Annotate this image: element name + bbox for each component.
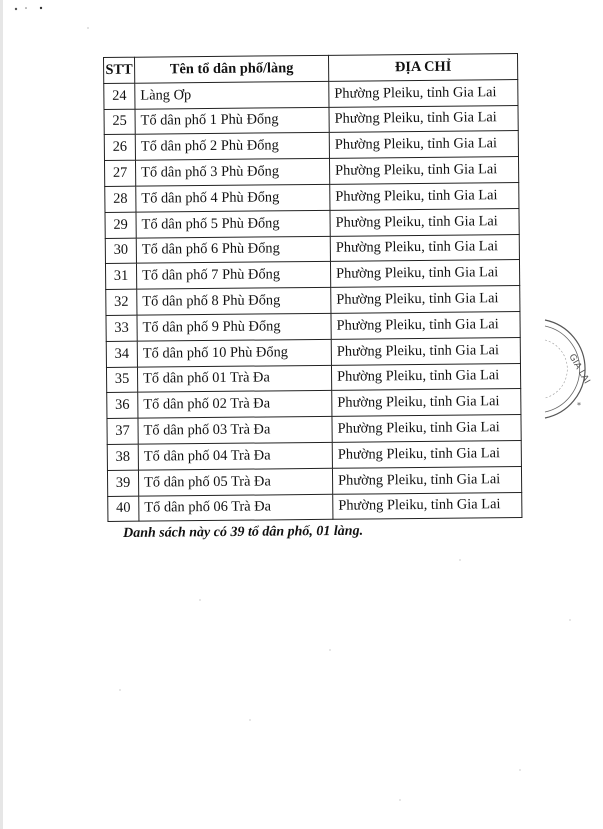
- cell-stt: 27: [104, 160, 135, 186]
- cell-address: Phường Pleiku, tỉnh Gia Lai: [333, 492, 522, 520]
- table-row: 33Tổ dân phố 9 Phù ĐổngPhường Pleiku, tỉ…: [106, 311, 520, 341]
- summary-note: Danh sách này có 39 tổ dân phố, 01 làng.: [123, 524, 363, 542]
- cell-name: Tổ dân phố 1 Phù Đổng: [135, 107, 329, 135]
- cell-address: Phường Pleiku, tỉnh Gia Lai: [329, 105, 518, 133]
- cell-stt: 30: [105, 238, 136, 264]
- table-header-row: STT Tên tổ dân phố/làng ĐỊA CHỈ: [104, 54, 518, 84]
- cell-stt: 32: [106, 289, 137, 315]
- cell-address: Phường Pleiku, tỉnh Gia Lai: [329, 79, 518, 107]
- document-table-container: STT Tên tổ dân phố/làng ĐỊA CHỈ 24Làng Ơ…: [103, 53, 522, 522]
- cell-address: Phường Pleiku, tỉnh Gia Lai: [330, 182, 519, 210]
- cell-name: Làng Ơp: [135, 81, 329, 109]
- cell-stt: 34: [106, 341, 137, 367]
- cell-name: Tổ dân phố 06 Trà Đa: [139, 494, 333, 522]
- cell-name: Tổ dân phố 10 Phù Đổng: [137, 339, 331, 367]
- table-row: 28Tổ dân phố 4 Phù ĐổngPhường Pleiku, tỉ…: [105, 182, 519, 212]
- cell-stt: 33: [106, 315, 137, 341]
- table-row: 38Tổ dân phố 04 Trà ĐaPhường Pleiku, tỉn…: [107, 440, 521, 470]
- cell-name: Tổ dân phố 01 Trà Đa: [137, 365, 331, 393]
- cell-name: Tổ dân phố 8 Phù Đổng: [137, 287, 331, 315]
- cell-address: Phường Pleiku, tỉnh Gia Lai: [329, 131, 518, 159]
- table-row: 36Tổ dân phố 02 Trà ĐaPhường Pleiku, tỉn…: [107, 389, 521, 419]
- cell-address: Phường Pleiku, tỉnh Gia Lai: [331, 311, 520, 339]
- cell-address: Phường Pleiku, tỉnh Gia Lai: [330, 234, 519, 262]
- cell-address: Phường Pleiku, tỉnh Gia Lai: [332, 415, 521, 443]
- header-name: Tên tổ dân phố/làng: [135, 55, 329, 83]
- cell-stt: 24: [104, 83, 135, 109]
- cell-name: Tổ dân phố 7 Phù Đổng: [136, 262, 330, 290]
- cell-address: Phường Pleiku, tỉnh Gia Lai: [332, 440, 521, 468]
- cell-stt: 31: [105, 264, 136, 290]
- cell-name: Tổ dân phố 9 Phù Đổng: [137, 313, 331, 341]
- cell-stt: 35: [106, 367, 137, 393]
- cell-stt: 40: [108, 496, 139, 522]
- cell-stt: 37: [107, 418, 138, 444]
- cell-stt: 36: [107, 393, 138, 419]
- cell-name: Tổ dân phố 4 Phù Đổng: [136, 184, 330, 212]
- cell-name: Tổ dân phố 03 Trà Đa: [138, 416, 332, 444]
- table-row: 32Tổ dân phố 8 Phù ĐổngPhường Pleiku, tỉ…: [106, 286, 520, 316]
- cell-address: Phường Pleiku, tỉnh Gia Lai: [331, 286, 520, 314]
- table-row: 29Tổ dân phố 5 Phù ĐổngPhường Pleiku, tỉ…: [105, 208, 519, 238]
- header-stt: STT: [104, 57, 135, 83]
- cell-name: Tổ dân phố 05 Trà Đa: [138, 468, 332, 496]
- cell-stt: 25: [104, 109, 135, 135]
- table-row: 37Tổ dân phố 03 Trà ĐaPhường Pleiku, tỉn…: [107, 415, 521, 445]
- cell-stt: 28: [105, 186, 136, 212]
- cell-name: Tổ dân phố 6 Phù Đổng: [136, 236, 330, 264]
- table-row: 26Tổ dân phố 2 Phù ĐổngPhường Pleiku, tỉ…: [104, 131, 518, 161]
- cell-address: Phường Pleiku, tỉnh Gia Lai: [330, 260, 519, 288]
- cell-address: Phường Pleiku, tỉnh Gia Lai: [332, 389, 521, 417]
- cell-address: Phường Pleiku, tỉnh Gia Lai: [330, 208, 519, 236]
- table-row: 34Tổ dân phố 10 Phù ĐổngPhường Pleiku, t…: [106, 337, 520, 367]
- cell-address: Phường Pleiku, tỉnh Gia Lai: [331, 363, 520, 391]
- cell-name: Tổ dân phố 2 Phù Đổng: [135, 133, 329, 161]
- table-row: 25Tổ dân phố 1 Phù ĐổngPhường Pleiku, tỉ…: [104, 105, 518, 135]
- cell-name: Tổ dân phố 3 Phù Đổng: [135, 159, 329, 187]
- cell-name: Tổ dân phố 04 Trà Đa: [138, 442, 332, 470]
- cell-stt: 26: [104, 135, 135, 161]
- cell-address: Phường Pleiku, tỉnh Gia Lai: [332, 466, 521, 494]
- svg-text:GIA LAI: GIA LAI: [566, 353, 591, 386]
- cell-stt: 38: [107, 444, 138, 470]
- cell-name: Tổ dân phố 5 Phù Đổng: [136, 210, 330, 238]
- cell-address: Phường Pleiku, tỉnh Gia Lai: [331, 337, 520, 365]
- cell-name: Tổ dân phố 02 Trà Đa: [138, 391, 332, 419]
- table-row: 31Tổ dân phố 7 Phù ĐổngPhường Pleiku, tỉ…: [105, 260, 519, 290]
- table-row: 40Tổ dân phố 06 Trà ĐaPhường Pleiku, tỉn…: [108, 492, 522, 522]
- table-row: 35Tổ dân phố 01 Trà ĐaPhường Pleiku, tỉn…: [106, 363, 520, 393]
- neighborhood-table: STT Tên tổ dân phố/làng ĐỊA CHỈ 24Làng Ơ…: [103, 53, 522, 522]
- table-row: 24Làng ƠpPhường Pleiku, tỉnh Gia Lai: [104, 79, 518, 109]
- svg-text:*: *: [577, 401, 581, 410]
- cell-address: Phường Pleiku, tỉnh Gia Lai: [329, 157, 518, 185]
- cell-stt: 39: [107, 470, 138, 496]
- table-row: 30Tổ dân phố 6 Phù ĐổngPhường Pleiku, tỉ…: [105, 234, 519, 264]
- table-row: 39Tổ dân phố 05 Trà ĐaPhường Pleiku, tỉn…: [107, 466, 521, 496]
- header-address: ĐỊA CHỈ: [328, 54, 517, 82]
- table-body: 24Làng ƠpPhường Pleiku, tỉnh Gia Lai25Tổ…: [104, 79, 522, 522]
- official-seal-icon: GIA LAI *: [537, 316, 603, 422]
- table-row: 27Tổ dân phố 3 Phù ĐổngPhường Pleiku, tỉ…: [104, 157, 518, 187]
- cell-stt: 29: [105, 212, 136, 238]
